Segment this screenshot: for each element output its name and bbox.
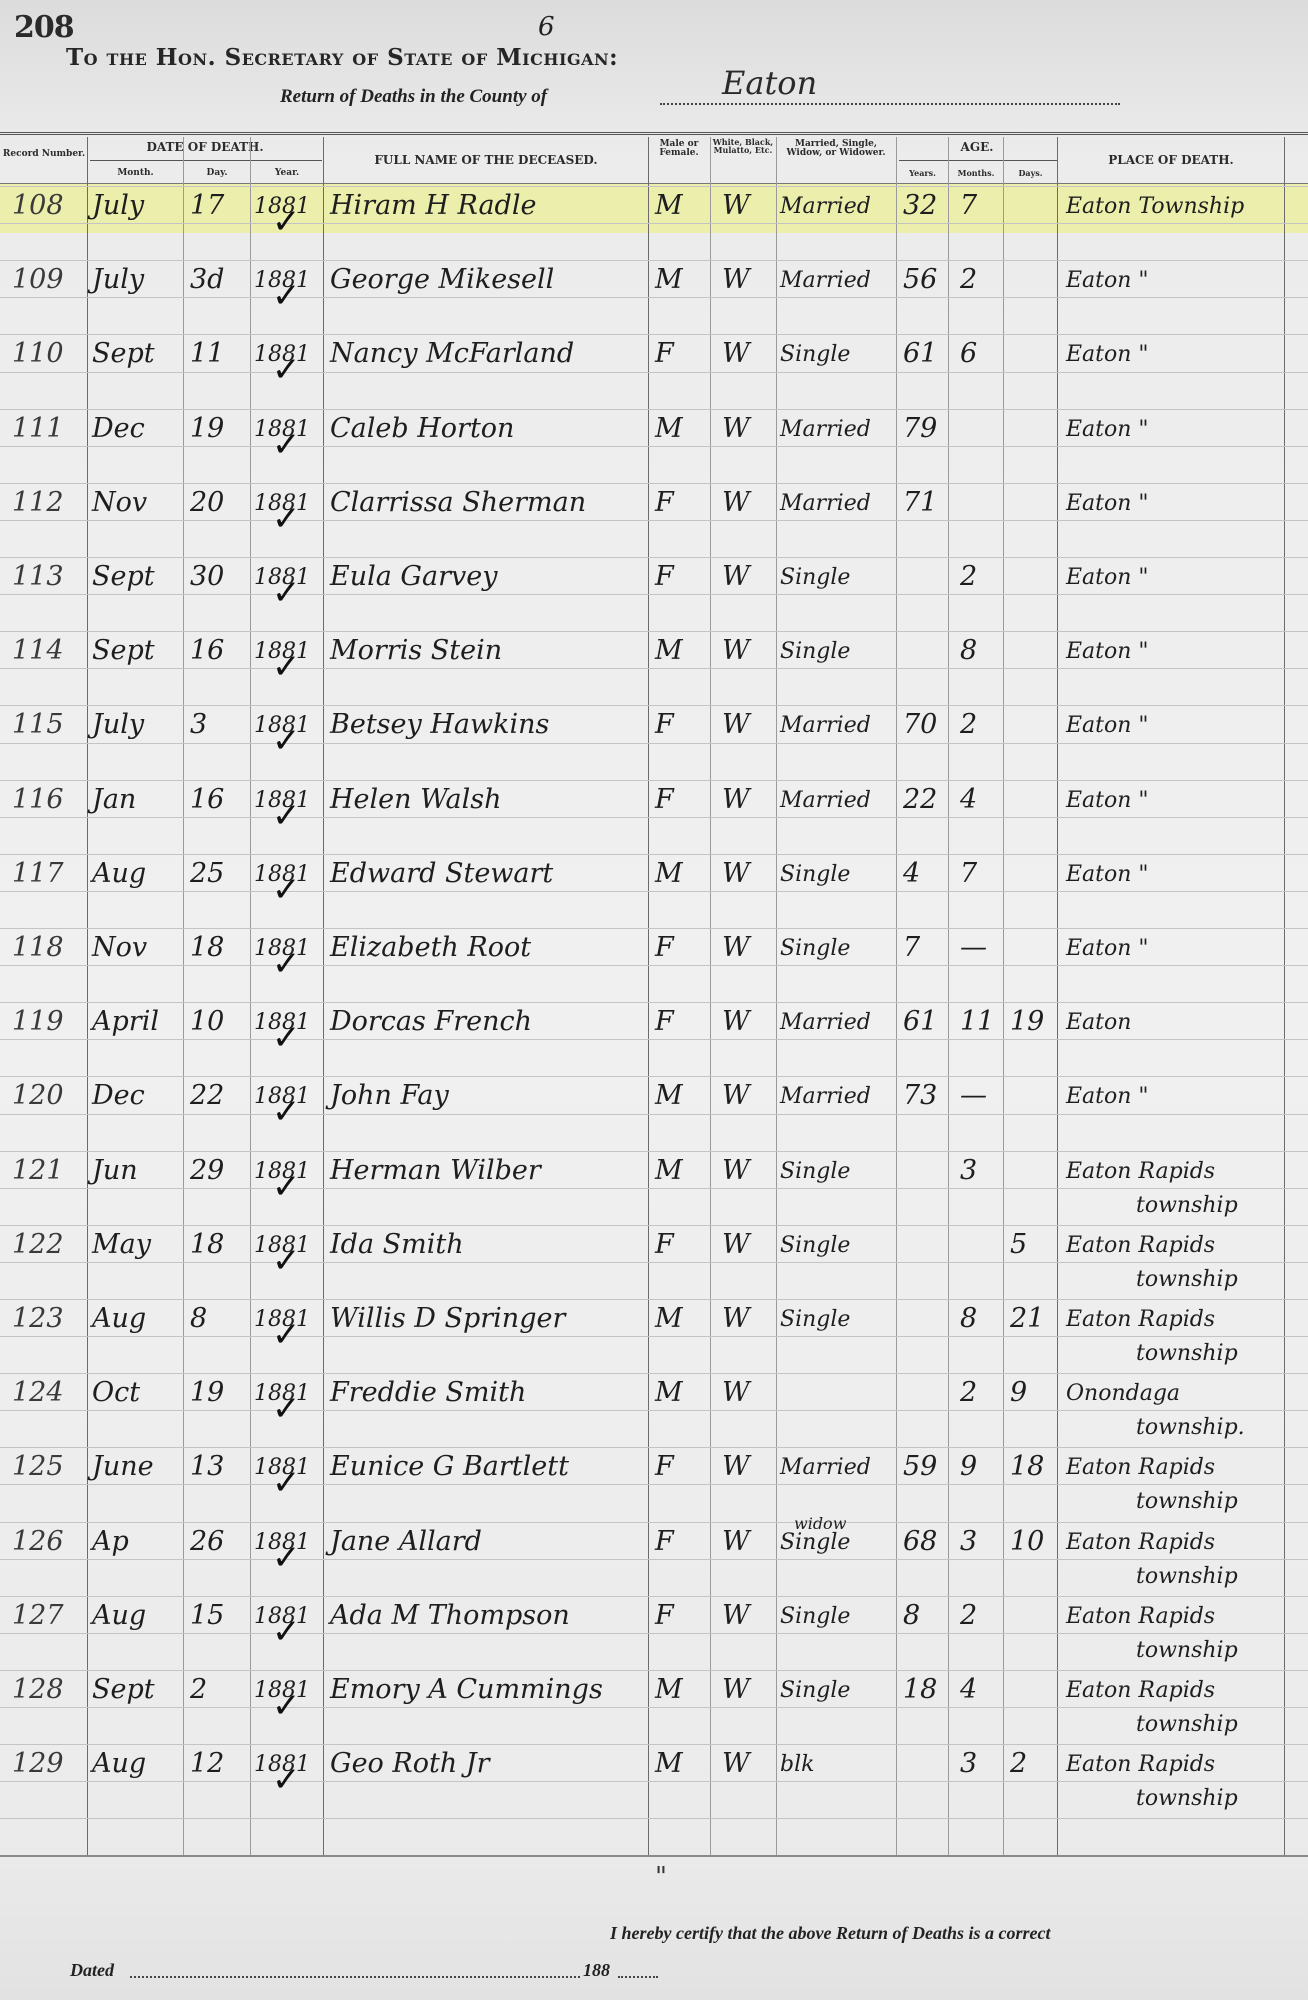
dated-label: Dated xyxy=(70,1960,114,1981)
ruled-line xyxy=(0,1484,1308,1485)
checkmark-icon: ✓ xyxy=(272,1463,301,1503)
cell-name: Jane Allard xyxy=(330,1526,482,1557)
cell-day: 18 xyxy=(190,1229,224,1260)
cell-marital: Single xyxy=(780,1604,850,1629)
cell-age-years: 8 xyxy=(903,1600,920,1631)
cell-marital: Single xyxy=(780,936,850,961)
cell-place: township xyxy=(1136,1267,1238,1292)
cell-day: 15 xyxy=(190,1600,224,1631)
header-full-name: FULL NAME OF THE DECEASED. xyxy=(324,154,648,167)
cell-place: Eaton " xyxy=(1066,342,1149,367)
ruled-line xyxy=(0,260,1308,261)
cell-age-years: 70 xyxy=(903,709,937,740)
cell-month: Oct xyxy=(92,1377,140,1408)
cell-race: W xyxy=(722,1080,750,1111)
cell-sex: F xyxy=(655,1451,674,1482)
checkmark-icon: ✓ xyxy=(272,1538,301,1578)
form-title: To the Hon. Secretary of State of Michig… xyxy=(66,44,618,71)
cell-place: Eaton " xyxy=(1066,565,1149,590)
cell-age-days: 18 xyxy=(1010,1451,1044,1482)
cell-race: W xyxy=(722,1674,750,1705)
cell-marital: blk xyxy=(780,1752,814,1777)
ruled-line xyxy=(0,1818,1308,1819)
cell-age-months: 7 xyxy=(960,190,977,221)
cell-race: W xyxy=(722,1748,750,1779)
ruled-line xyxy=(0,1151,1308,1152)
ruled-line xyxy=(0,594,1308,595)
cell-age-years: 61 xyxy=(903,338,937,369)
certification-text: I hereby certify that the above Return o… xyxy=(610,1923,1050,1944)
cell-place: township xyxy=(1136,1193,1238,1218)
cell-record: 115 xyxy=(12,709,64,740)
cell-month: April xyxy=(92,1006,159,1037)
cell-record: 113 xyxy=(12,561,64,592)
column-divider xyxy=(896,137,897,1855)
ruled-line xyxy=(0,297,1308,298)
cell-day: 13 xyxy=(190,1451,224,1482)
cell-age-months: 4 xyxy=(960,1674,977,1705)
page-number: 208 xyxy=(14,10,74,45)
cell-age-months: 9 xyxy=(960,1451,977,1482)
ruled-line xyxy=(0,1596,1308,1597)
cell-marital: Single xyxy=(780,1307,850,1332)
column-divider xyxy=(1057,137,1058,1855)
dated-fill-line xyxy=(130,1976,580,1978)
column-divider xyxy=(776,137,777,1855)
cell-sex: M xyxy=(655,858,683,889)
cell-name: Nancy McFarland xyxy=(330,338,574,369)
cell-age-years: 68 xyxy=(903,1526,937,1557)
cell-sex: M xyxy=(655,264,683,295)
cell-name: Clarrissa Sherman xyxy=(330,487,586,518)
cell-place: Eaton " xyxy=(1066,1084,1149,1109)
ruled-line xyxy=(0,1781,1308,1782)
cell-race: W xyxy=(722,264,750,295)
cell-age-months: 2 xyxy=(960,709,977,740)
cell-age-months: 11 xyxy=(960,1006,994,1037)
cell-race: W xyxy=(722,858,750,889)
cell-month: Sept xyxy=(92,635,155,666)
cell-day: 16 xyxy=(190,635,224,666)
header-sex: Male or Female. xyxy=(649,140,709,159)
dated-year-fill xyxy=(618,1976,658,1978)
column-divider xyxy=(1284,137,1285,1855)
cell-sex: M xyxy=(655,1748,683,1779)
ruled-line xyxy=(0,1039,1308,1040)
cell-place: Eaton Rapids xyxy=(1066,1159,1215,1184)
cell-record: 118 xyxy=(12,932,64,963)
cell-month: Dec xyxy=(92,413,145,444)
column-divider xyxy=(183,137,184,1855)
cell-record: 110 xyxy=(12,338,64,369)
cell-marital: Single xyxy=(780,1233,850,1258)
cell-month: May xyxy=(92,1229,151,1260)
header-marital: Married, Single, Widow, or Widower. xyxy=(777,140,895,159)
cell-name: Dorcas French xyxy=(330,1006,532,1037)
cell-place: township xyxy=(1136,1638,1238,1663)
checkmark-icon: ✓ xyxy=(272,573,301,613)
header-age-subrule xyxy=(899,160,1057,161)
cell-marital: Married xyxy=(780,1084,871,1109)
cell-age-days: 2 xyxy=(1010,1748,1027,1779)
ruled-line xyxy=(0,817,1308,818)
cell-sex: M xyxy=(655,635,683,666)
cell-day: 19 xyxy=(190,413,224,444)
header-year: Year. xyxy=(251,169,323,178)
cell-place: Eaton " xyxy=(1066,862,1149,887)
cell-race: W xyxy=(722,1155,750,1186)
cell-place: township xyxy=(1136,1489,1238,1514)
cell-race: W xyxy=(722,709,750,740)
cell-age-months: 3 xyxy=(960,1155,977,1186)
ruled-line xyxy=(0,928,1308,929)
cell-marital: Single xyxy=(780,639,850,664)
cell-race: W xyxy=(722,413,750,444)
cell-day: 3 xyxy=(190,709,207,740)
cell-race: W xyxy=(722,932,750,963)
checkmark-icon: ✓ xyxy=(272,276,301,316)
cell-age-years: 7 xyxy=(903,932,920,963)
ruled-line xyxy=(0,891,1308,892)
cell-place: Eaton Rapids xyxy=(1066,1455,1215,1480)
cell-name: Geo Roth Jr xyxy=(330,1748,490,1779)
cell-sex: F xyxy=(655,1600,674,1631)
header-date-of-death: DATE OF DEATH. xyxy=(88,141,322,154)
cell-sex: M xyxy=(655,1674,683,1705)
cell-record: 126 xyxy=(12,1526,64,1557)
ruled-line xyxy=(0,1670,1308,1671)
cell-month: Ap xyxy=(92,1526,129,1557)
cell-name: Ida Smith xyxy=(330,1229,464,1260)
cell-day: 20 xyxy=(190,487,224,518)
cell-age-months: 2 xyxy=(960,1377,977,1408)
ruled-line xyxy=(0,520,1308,521)
column-divider xyxy=(1003,137,1004,1855)
column-divider xyxy=(323,137,324,1855)
cell-sex: F xyxy=(655,932,674,963)
header-age-months: Months. xyxy=(949,169,1003,177)
cell-age-months: — xyxy=(960,1080,987,1111)
cell-day: 2 xyxy=(190,1674,207,1705)
ruled-line xyxy=(0,1262,1308,1263)
column-divider xyxy=(710,137,711,1855)
cell-day: 19 xyxy=(190,1377,224,1408)
cell-sex: M xyxy=(655,1155,683,1186)
cell-place: township xyxy=(1136,1712,1238,1737)
header-age-days: Days. xyxy=(1004,169,1057,177)
cell-place: Eaton " xyxy=(1066,491,1149,516)
cell-marital: Single xyxy=(780,1530,850,1555)
cell-day: 17 xyxy=(190,190,224,221)
ruled-line xyxy=(0,1299,1308,1300)
sheet-mark: 6 xyxy=(538,12,555,42)
checkmark-icon: ✓ xyxy=(272,499,301,539)
cell-month: Dec xyxy=(92,1080,145,1111)
cell-record: 119 xyxy=(12,1006,64,1037)
cell-name: Eula Garvey xyxy=(330,561,497,592)
cell-month: Aug xyxy=(92,1748,146,1779)
cell-month: Sept xyxy=(92,338,155,369)
cell-place: Eaton Rapids xyxy=(1066,1752,1215,1777)
checkmark-icon: ✓ xyxy=(272,647,301,687)
cell-age-days: 19 xyxy=(1010,1006,1044,1037)
cell-race: W xyxy=(722,1006,750,1037)
cell-day: 3d xyxy=(190,264,224,295)
cell-place: Eaton " xyxy=(1066,639,1149,664)
cell-marital: Single xyxy=(780,862,850,887)
cell-name: John Fay xyxy=(330,1080,449,1111)
cell-place: Eaton " xyxy=(1066,417,1149,442)
cell-sex: F xyxy=(655,1229,674,1260)
cell-sex: F xyxy=(655,1006,674,1037)
checkmark-icon: ✓ xyxy=(272,870,301,910)
cell-sex: F xyxy=(655,561,674,592)
cell-age-years: 32 xyxy=(903,190,937,221)
cell-race: W xyxy=(722,784,750,815)
header-age: AGE. xyxy=(897,141,1057,154)
ruled-line xyxy=(0,483,1308,484)
cell-age-days: 5 xyxy=(1010,1229,1027,1260)
cell-record: 109 xyxy=(12,264,64,295)
cell-sex: F xyxy=(655,338,674,369)
cell-record: 117 xyxy=(12,858,64,889)
cell-place: township. xyxy=(1136,1415,1245,1440)
checkmark-icon: ✓ xyxy=(272,1018,301,1058)
ruled-line xyxy=(0,1744,1308,1745)
cell-age-months: 2 xyxy=(960,264,977,295)
ruled-line xyxy=(0,1447,1308,1448)
checkmark-icon: ✓ xyxy=(272,1241,301,1281)
ruled-line xyxy=(0,223,1308,224)
cell-name: Ada M Thompson xyxy=(330,1600,570,1631)
county-fill-line xyxy=(660,103,1120,105)
cell-month: Aug xyxy=(92,1303,146,1334)
header-top-rule xyxy=(0,132,1308,135)
header-month: Month. xyxy=(88,169,183,178)
cell-record: 129 xyxy=(12,1748,64,1779)
cell-place: Eaton Rapids xyxy=(1066,1530,1215,1555)
cell-name: Freddie Smith xyxy=(330,1377,526,1408)
cell-record: 123 xyxy=(12,1303,64,1334)
cell-place: Eaton " xyxy=(1066,788,1149,813)
cell-sex: F xyxy=(655,784,674,815)
ruled-line xyxy=(0,1188,1308,1189)
cell-race: W xyxy=(722,1377,750,1408)
cell-month: Jan xyxy=(92,784,136,815)
cell-record: 112 xyxy=(12,487,64,518)
cell-age-years: 73 xyxy=(903,1080,937,1111)
header-date-subrule xyxy=(90,160,322,161)
ruled-line xyxy=(0,1559,1308,1560)
ruled-line xyxy=(0,446,1308,447)
ruled-line xyxy=(0,372,1308,373)
cell-day: 25 xyxy=(190,858,224,889)
cell-race: W xyxy=(722,1229,750,1260)
ruled-line xyxy=(0,1225,1308,1226)
cell-marital: Married xyxy=(780,713,871,738)
cell-age-days: 9 xyxy=(1010,1377,1027,1408)
cell-age-days: 21 xyxy=(1010,1303,1044,1334)
cell-name: Edward Stewart xyxy=(330,858,553,889)
checkmark-icon: ✓ xyxy=(272,1612,301,1652)
checkmark-icon: ✓ xyxy=(272,721,301,761)
cell-record: 114 xyxy=(12,635,64,666)
checkmark-icon: ✓ xyxy=(272,1760,301,1800)
cell-day: 11 xyxy=(190,338,224,369)
cell-month: Jun xyxy=(92,1155,138,1186)
cell-marital: widow xyxy=(794,1514,846,1533)
cell-marital: Married xyxy=(780,194,871,219)
column-divider xyxy=(648,137,649,1855)
cell-name: Hiram H Radle xyxy=(330,190,536,221)
cell-age-months: 4 xyxy=(960,784,977,815)
cell-race: W xyxy=(722,1600,750,1631)
cell-sex: F xyxy=(655,1526,674,1557)
checkmark-icon: ✓ xyxy=(272,202,301,242)
checkmark-icon: ✓ xyxy=(272,944,301,984)
ruled-line xyxy=(0,334,1308,335)
cell-sex: F xyxy=(655,487,674,518)
cell-day: 18 xyxy=(190,932,224,963)
cell-place: Eaton Rapids xyxy=(1066,1604,1215,1629)
ruled-line xyxy=(0,1633,1308,1634)
header-record-number: Record Number. xyxy=(2,150,86,159)
cell-marital: Single xyxy=(780,1678,850,1703)
header-race: White, Black, Mulatto, Etc. xyxy=(711,138,775,155)
cell-day: 10 xyxy=(190,1006,224,1037)
ruled-line xyxy=(0,557,1308,558)
cell-age-months: 2 xyxy=(960,1600,977,1631)
cell-record: 122 xyxy=(12,1229,64,1260)
cell-name: Betsey Hawkins xyxy=(330,709,549,740)
cell-day: 22 xyxy=(190,1080,224,1111)
cell-age-years: 71 xyxy=(903,487,937,518)
cell-month: July xyxy=(92,264,144,295)
ruled-line xyxy=(0,780,1308,781)
checkmark-icon: ✓ xyxy=(272,1092,301,1132)
cell-place: Eaton Rapids xyxy=(1066,1233,1215,1258)
cell-sex: F xyxy=(655,709,674,740)
cell-name: Morris Stein xyxy=(330,635,502,666)
cell-place: Eaton Rapids xyxy=(1066,1307,1215,1332)
cell-month: Nov xyxy=(92,487,147,518)
cell-age-months: 6 xyxy=(960,338,977,369)
ruled-line xyxy=(0,1410,1308,1411)
cell-record: 108 xyxy=(12,190,64,221)
ruled-line xyxy=(0,1114,1308,1115)
checkmark-icon: ✓ xyxy=(272,1389,301,1429)
cell-month: Sept xyxy=(92,561,155,592)
cell-record: 128 xyxy=(12,1674,64,1705)
cell-marital: Single xyxy=(780,565,850,590)
cell-month: Aug xyxy=(92,858,146,889)
cell-sex: M xyxy=(655,1377,683,1408)
cell-place: Eaton " xyxy=(1066,268,1149,293)
column-divider xyxy=(250,137,251,1855)
cell-month: Aug xyxy=(92,1600,146,1631)
cell-race: W xyxy=(722,1451,750,1482)
checkmark-icon: ✓ xyxy=(272,1686,301,1726)
cell-sex: M xyxy=(655,413,683,444)
form-subtitle: Return of Deaths in the County of xyxy=(280,86,547,108)
checkmark-icon: ✓ xyxy=(272,1167,301,1207)
cell-age-years: 22 xyxy=(903,784,937,815)
county-value: Eaton xyxy=(722,64,817,102)
ruled-line xyxy=(0,743,1308,744)
cell-sex: M xyxy=(655,190,683,221)
cell-age-months: 3 xyxy=(960,1748,977,1779)
column-divider xyxy=(87,137,88,1855)
cell-month: June xyxy=(92,1451,154,1482)
cell-place: Eaton " xyxy=(1066,936,1149,961)
cell-record: 125 xyxy=(12,1451,64,1482)
ditto-mark: " xyxy=(655,1862,667,1892)
cell-name: George Mikesell xyxy=(330,264,554,295)
cell-name: Eunice G Bartlett xyxy=(330,1451,569,1482)
cell-sex: M xyxy=(655,1303,683,1334)
cell-place: township xyxy=(1136,1564,1238,1589)
cell-place: Eaton xyxy=(1066,1010,1131,1035)
checkmark-icon: ✓ xyxy=(272,1315,301,1355)
cell-month: July xyxy=(92,709,144,740)
cell-name: Herman Wilber xyxy=(330,1155,541,1186)
ruled-line xyxy=(0,1002,1308,1003)
cell-record: 121 xyxy=(12,1155,64,1186)
cell-day: 12 xyxy=(190,1748,224,1779)
cell-marital: Single xyxy=(780,1159,850,1184)
ruled-line xyxy=(0,965,1308,966)
cell-age-months: 2 xyxy=(960,561,977,592)
checkmark-icon: ✓ xyxy=(272,425,301,465)
cell-age-months: 8 xyxy=(960,1303,977,1334)
cell-age-years: 56 xyxy=(903,264,937,295)
header-place-of-death: PLACE OF DEATH. xyxy=(1058,154,1284,167)
cell-race: W xyxy=(722,635,750,666)
cell-race: W xyxy=(722,561,750,592)
cell-age-months: 3 xyxy=(960,1526,977,1557)
cell-record: 127 xyxy=(12,1600,64,1631)
ruled-line xyxy=(0,1336,1308,1337)
cell-month: Nov xyxy=(92,932,147,963)
cell-marital: Married xyxy=(780,788,871,813)
cell-marital: Married xyxy=(780,417,871,442)
dated-year-prefix: 188 xyxy=(583,1960,610,1981)
cell-name: Emory A Cummings xyxy=(330,1674,603,1705)
cell-place: Eaton Township xyxy=(1066,194,1244,219)
cell-record: 124 xyxy=(12,1377,64,1408)
cell-marital: Married xyxy=(780,268,871,293)
cell-age-years: 79 xyxy=(903,413,937,444)
cell-record: 111 xyxy=(12,413,64,444)
header-day: Day. xyxy=(184,169,250,178)
cell-name: Caleb Horton xyxy=(330,413,514,444)
cell-race: W xyxy=(722,1303,750,1334)
cell-race: W xyxy=(722,487,750,518)
cell-day: 16 xyxy=(190,784,224,815)
cell-day: 8 xyxy=(190,1303,207,1334)
cell-marital: Married xyxy=(780,491,871,516)
ruled-line xyxy=(0,631,1308,632)
cell-month: Sept xyxy=(92,1674,155,1705)
ruled-line xyxy=(0,854,1308,855)
ruled-line xyxy=(0,1707,1308,1708)
cell-place: township xyxy=(1136,1786,1238,1811)
cell-age-months: — xyxy=(960,932,987,963)
cell-record: 116 xyxy=(12,784,64,815)
cell-age-months: 7 xyxy=(960,858,977,889)
cell-day: 29 xyxy=(190,1155,224,1186)
cell-marital: Single xyxy=(780,342,850,367)
